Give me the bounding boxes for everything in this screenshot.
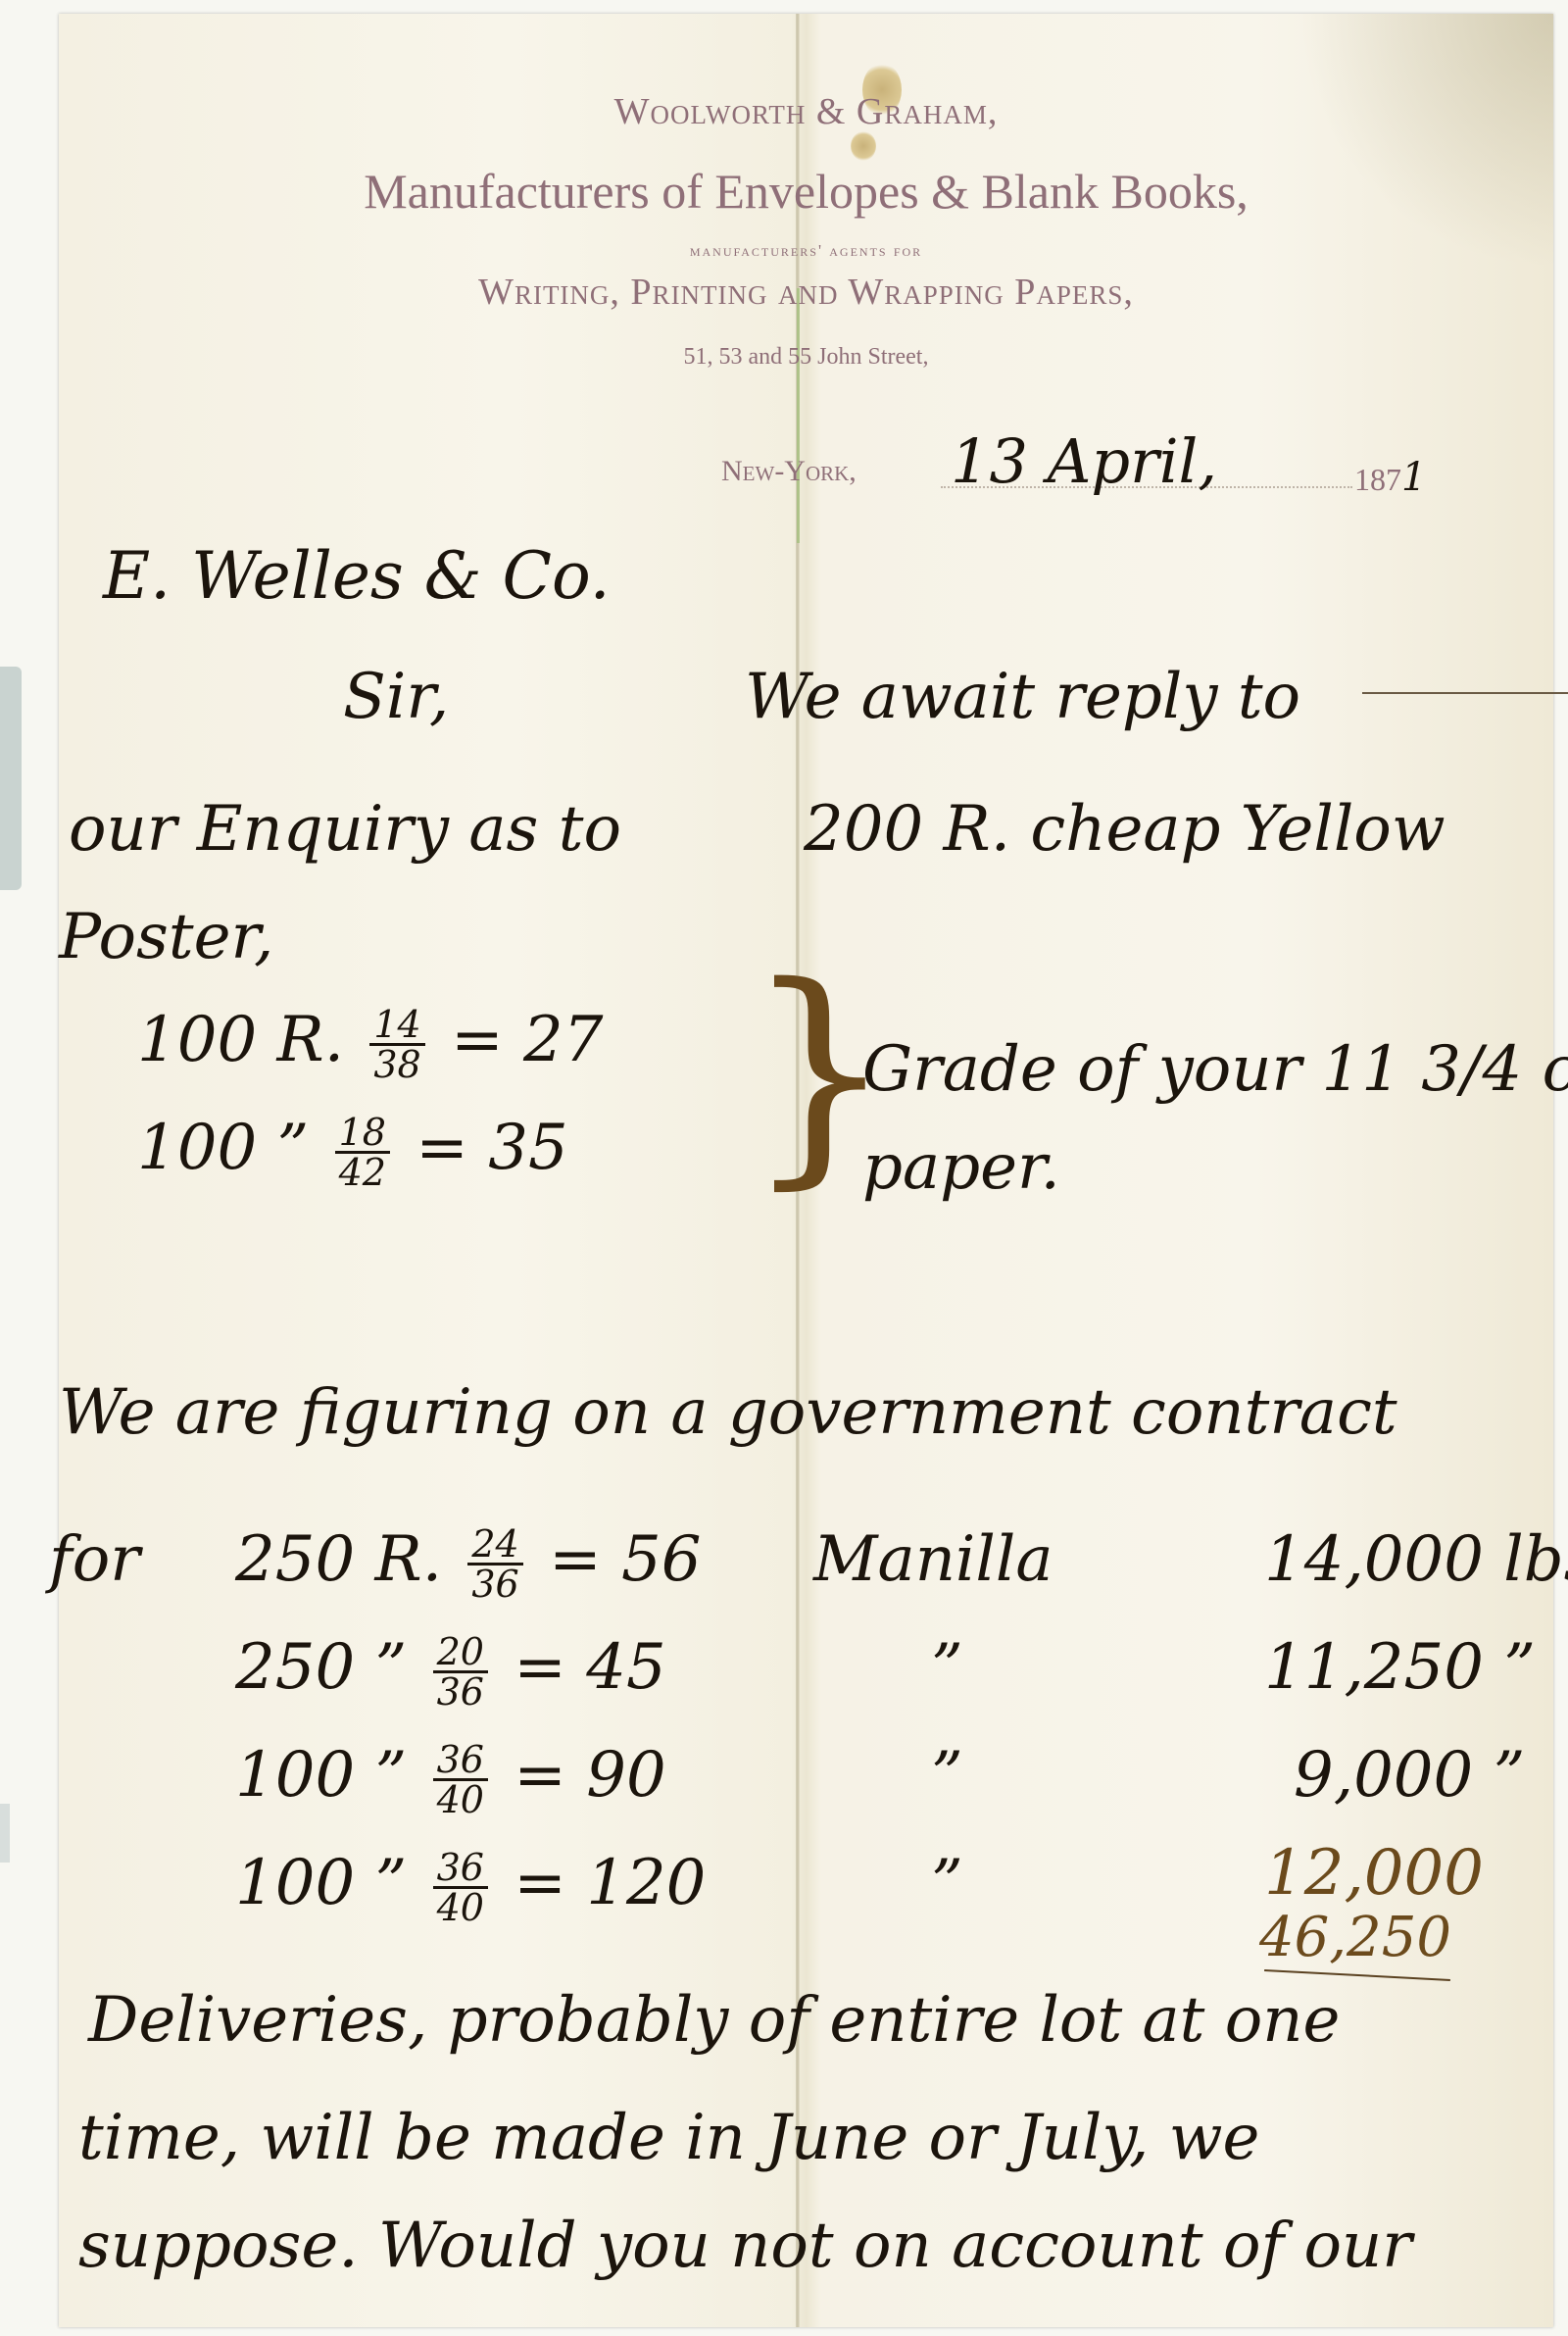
water-stain: [851, 131, 876, 161]
binding-tab: [0, 1804, 10, 1863]
fraction: 1438: [369, 1006, 424, 1083]
body-line-4: We are figuring on a government contract: [59, 1376, 1397, 1449]
contract-kind: ”: [931, 1631, 963, 1704]
letterhead-firm: Woolworth & Graham,: [59, 90, 1553, 133]
recipient: E. Welles & Co.: [103, 538, 611, 614]
poster-item-row: 100 R. 1438 = 27: [137, 1004, 603, 1083]
body-line-6: time, will be made in June or July, we: [78, 2102, 1259, 2174]
contract-row: 250 R. 2436 = 56: [235, 1523, 701, 1603]
poster-item-row: 100 ” 1842 = 35: [137, 1112, 568, 1191]
poster-note-2: paper.: [862, 1131, 1060, 1204]
contract-row: 100 ” 3640 = 90: [235, 1739, 666, 1818]
contract-weight: 11,250 ”: [1264, 1631, 1536, 1704]
body-line-2b: 200 R. cheap Yellow: [804, 793, 1445, 866]
contract-kind: ”: [931, 1739, 963, 1812]
contract-row: 250 ” 2036 = 45: [235, 1631, 666, 1711]
total-rule: [1264, 1969, 1450, 1981]
contract-lead: for: [49, 1523, 140, 1596]
body-line-2a: our Enquiry as to: [69, 793, 621, 866]
dateline-year: 1871: [1354, 455, 1426, 500]
contract-kind: ”: [931, 1847, 963, 1919]
contract-weight: 9,000 ”: [1294, 1739, 1525, 1812]
fraction: 1842: [335, 1114, 390, 1191]
poster-note-1: Grade of your 11 3/4 c: [862, 1033, 1568, 1106]
letterhead-agents: manufacturers' agents for: [59, 241, 1553, 261]
salutation: Sir,: [343, 661, 449, 733]
contract-row: 100 ” 3640 = 120: [235, 1847, 706, 1926]
contract-total-weight: 46,250: [1259, 1906, 1451, 1969]
underline-stroke: [1362, 692, 1568, 694]
body-line-7: suppose. Would you not on account of our: [78, 2210, 1412, 2282]
letterhead-tagline: Manufacturers of Envelopes & Blank Books…: [59, 163, 1553, 220]
body-line-3: Poster,: [59, 901, 273, 973]
letter-sheet: Woolworth & Graham, Manufacturers of Env…: [59, 14, 1553, 2327]
dateline-city: New-York,: [721, 455, 857, 488]
body-line-1: We await reply to: [745, 661, 1300, 733]
contract-weight: 12,000: [1264, 1837, 1484, 1910]
handwritten-date: 13 April,: [951, 425, 1217, 497]
contract-weight: 14,000 lbs: [1264, 1523, 1568, 1596]
letterhead-papers: Writing, Printing and Wrapping Papers,: [59, 271, 1553, 314]
letterhead-address: 51, 53 and 55 John Street,: [59, 344, 1553, 371]
body-line-5: Deliveries, probably of entire lot at on…: [88, 1984, 1340, 2057]
contract-kind: Manilla: [813, 1523, 1053, 1596]
binding-tab: [0, 667, 22, 890]
fold-discoloration: [797, 288, 800, 543]
